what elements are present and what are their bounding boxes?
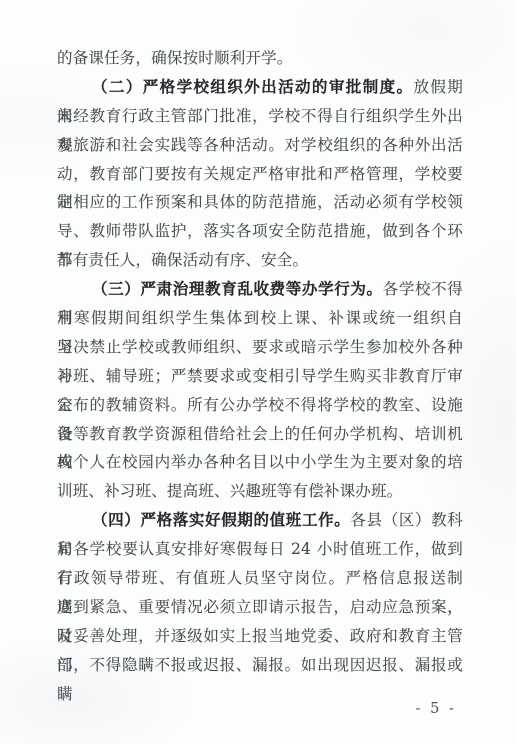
text-line: 导、教师带队监护，落实各项安全防范措施，做到各个环节 <box>57 217 463 246</box>
text-line: 行政领导带班、有值班人员坚守岗位。严格信息报送制度， <box>57 564 463 593</box>
document-text-block: 的备课任务，确保按时顺利开学。 （二）严格学校组织外出活动的审批制度。放假期间，… <box>57 44 463 680</box>
text-line: 遇到紧急、重要情况必须立即请示报告，启动应急预案，及 <box>57 593 463 622</box>
text-line: 的备课任务，确保按时顺利开学。 <box>57 44 463 73</box>
page-number: - 5 - <box>409 701 463 717</box>
text-line: 用寒假期间组织学生集体到校上课、补课或统一组织自习； <box>57 304 463 333</box>
section-2-heading: （二）严格学校组织外出活动的审批制度。 <box>92 77 413 96</box>
text-line: 坚决禁止学校或教师组织、要求或暗示学生参加校外各种补 <box>57 333 463 362</box>
section-4-heading: （四）严格落实好假期的值班工作。 <box>92 510 350 529</box>
document-page: 的备课任务，确保按时顺利开学。 （二）严格学校组织外出活动的审批制度。放假期间，… <box>0 0 516 744</box>
text-line: 习班、辅导班；严禁要求或变相引导学生购买非教育厅审定 <box>57 362 463 391</box>
text-line: 观旅游和社会实践等各种活动。对学校组织的各种外出活 <box>57 131 463 160</box>
section-3-heading: （三）严肃治理教育乱收费等办学行为。 <box>92 279 383 298</box>
text-line: 公布的教辅资料。所有公办学校不得将学校的教室、设施设 <box>57 391 463 420</box>
text-line: 门，不得隐瞒不报或迟报、漏报。如出现因迟报、漏报或瞒 <box>57 651 463 680</box>
text-line-section-2: （二）严格学校组织外出活动的审批制度。放假期间， <box>57 73 463 102</box>
text-line: 未经教育行政主管部门批准，学校不得自行组织学生外出参 <box>57 102 463 131</box>
text-line: 备等教育教学资源租借给社会上的任何办学机构、培训机构 <box>57 420 463 449</box>
text-line: 定相应的工作预案和具体的防范措施，活动必须有学校领 <box>57 188 463 217</box>
text-line: 训班、补习班、提高班、兴趣班等有偿补课办班。 <box>57 477 463 506</box>
text-line: 都有责任人，确保活动有序、安全。 <box>57 246 463 275</box>
text-line: 或个人在校园内举办各种名目以中小学生为主要对象的培 <box>57 448 463 477</box>
text-line-section-4: （四）严格落实好假期的值班工作。各县（区）教科局 <box>57 506 463 535</box>
text-line-section-3: （三）严肃治理教育乱收费等办学行为。各学校不得利 <box>57 275 463 304</box>
text-line: 和各学校要认真安排好寒假每日 24 小时值班工作，做到有 <box>57 535 463 564</box>
text-line: 动，教育部门要按有关规定严格审批和严格管理，学校要制 <box>57 160 463 189</box>
text-line: 时妥善处理，并逐级如实上报当地党委、政府和教育主管部 <box>57 622 463 651</box>
